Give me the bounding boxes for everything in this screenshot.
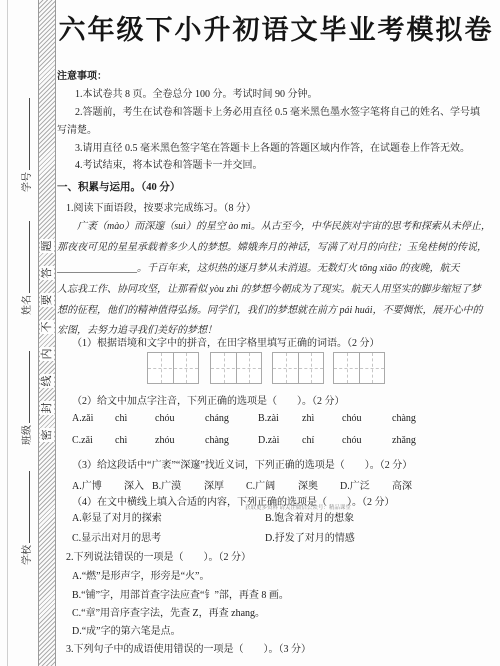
q2-stem: 2.下列说法错误的一项是（ ）。（2 分） bbox=[66, 551, 251, 564]
pinyin-option: chóu bbox=[342, 435, 361, 446]
passage-line: 想的征程，他们的精神值得弘扬。同学们，我们的梦想就在前方 pái huái，不要… bbox=[57, 304, 483, 317]
option: A.广博 bbox=[72, 477, 102, 492]
option: C.显示出对月的思考 bbox=[72, 532, 161, 545]
pinyin-option: chì bbox=[115, 435, 127, 446]
fill-in-line bbox=[19, 221, 30, 293]
watermark: 获取更多资料 请关注微信公众号：精品课堂 bbox=[245, 503, 351, 511]
seal-char: 不 bbox=[40, 320, 54, 334]
option: B.饱含着对月的想象 bbox=[265, 512, 354, 525]
notes-heading: 注意事项： bbox=[57, 70, 107, 83]
option: 深入 bbox=[124, 477, 144, 492]
pinyin-option: zhǎng bbox=[392, 435, 416, 446]
seal-char: 线 bbox=[40, 374, 54, 388]
field-label: 学号 bbox=[22, 172, 33, 192]
passage-line: 人忘我工作、协同攻坚，让那看似 yòu zhì 的梦想今朝成为了现实。航天人用坚… bbox=[57, 283, 481, 296]
field-name: 姓名 bbox=[19, 215, 33, 315]
fill-in-line bbox=[19, 98, 30, 170]
pinyin-option: B.zài bbox=[258, 413, 279, 424]
sub3-stem: （3）给这段话中“广袤”“深邃”找近义词，下列正确的选项是（ ）。（2 分） bbox=[72, 459, 412, 472]
pinyin-option: C.zǎi bbox=[72, 435, 93, 446]
note-line: 1.本试卷共 8 页。全卷总分 100 分。考试时间 90 分钟。 bbox=[75, 88, 318, 101]
left-edge-line bbox=[7, 0, 8, 666]
option: D.“成”字的第六笔是点。 bbox=[72, 625, 181, 638]
seal-line-text: 题 答 要 不 内 线 封 密 bbox=[39, 239, 55, 442]
option: A.“燃”是形声字，形旁是“火”。 bbox=[72, 570, 209, 583]
passage-line: 宏图，去努力追寻我们美好的梦想！ bbox=[57, 324, 217, 337]
seal-char: 内 bbox=[40, 347, 54, 361]
field-class: 班级 bbox=[19, 345, 33, 445]
seal-char: 密 bbox=[40, 428, 54, 442]
field-student-number: 学号 bbox=[19, 92, 33, 192]
option: A.彰显了对月的探索 bbox=[72, 512, 162, 525]
pinyin-option: A.zǎi bbox=[72, 413, 93, 424]
section-heading: 一、积累与运用。（40 分） bbox=[57, 181, 180, 194]
fill-in-line bbox=[19, 471, 30, 543]
pinyin-option: chí bbox=[302, 435, 314, 446]
seal-char: 题 bbox=[40, 239, 54, 253]
option: D.广泛 bbox=[340, 477, 370, 492]
pinyin-option: chóu bbox=[155, 413, 174, 424]
pinyin-option: zhì bbox=[302, 413, 314, 424]
page-title: 六年级下小升初语文毕业考模拟卷 bbox=[57, 8, 495, 47]
note-line: 4.考试结束，将本试卷和答题卡一并交回。 bbox=[75, 159, 263, 172]
seal-char: 要 bbox=[40, 293, 54, 307]
pinyin-option: cháng bbox=[205, 413, 229, 424]
sub1-stem: （1）根据语境和文字中的拼音，在田字格里填写正确的词语。（2 分） bbox=[72, 337, 380, 350]
tianzige-grid bbox=[333, 352, 385, 384]
tianzige-grid bbox=[210, 352, 262, 384]
note-line: 写清楚。 bbox=[57, 124, 97, 137]
option: 深奥 bbox=[298, 477, 318, 492]
note-line: 2.答题前，考生在试卷和答题卡上务必用直径 0.5 毫米黑色墨水签字笔将自己的姓… bbox=[75, 106, 480, 119]
pinyin-option: D.zài bbox=[258, 435, 279, 446]
sub2-stem: （2）给文中加点字注音，下列正确的选项是（ ）。（2 分） bbox=[72, 395, 345, 408]
field-label: 学校 bbox=[22, 545, 33, 565]
passage-line: 那夜夜可见的星星承载着多少人的梦想。嫦娥奔月的神话，写满了对月的向往；玉兔桂树的… bbox=[57, 241, 487, 254]
passage-line: 广袤（mào）而深邃（suì）的星空 ào mì。从古至今，中华民族对宇宙的思考… bbox=[77, 220, 491, 233]
field-label: 姓名 bbox=[22, 295, 33, 315]
option: D.抒发了对月的情感 bbox=[265, 532, 355, 545]
q1-stem: 1.阅读下面语段，按要求完成练习。（8 分） bbox=[66, 202, 256, 215]
passage-line: ________________。千百年来，这炽热的逐月梦从未消退。无数灯火 t… bbox=[57, 262, 460, 275]
fill-in-line bbox=[19, 351, 30, 423]
option: 高深 bbox=[392, 477, 412, 492]
q3-stem: 3.下列句子中的成语使用错误的一项是（ ）。（3 分） bbox=[66, 643, 311, 656]
pinyin-option: chóu bbox=[342, 413, 361, 424]
note-line: 3.请用直径 0.5 毫米黑色签字笔在答题卡上各题的答题区域内作答，在试题卷上作… bbox=[75, 142, 470, 155]
exam-page: 题 答 要 不 内 线 封 密 学号 姓名 班级 学校 六年级下小升初语文毕业考… bbox=[0, 0, 500, 666]
seal-char: 封 bbox=[40, 401, 54, 415]
option: C.“章”用音序查字法，先查 Z，再查 zhang。 bbox=[72, 607, 265, 620]
field-school: 学校 bbox=[19, 465, 33, 565]
option: B.“铺”字，用部首查字法应查“钅”部，再查 8 画。 bbox=[72, 589, 289, 602]
option: 深厚 bbox=[204, 477, 224, 492]
option: C.广阔 bbox=[246, 477, 275, 492]
tianzige-grid bbox=[147, 352, 199, 384]
field-label: 班级 bbox=[22, 425, 33, 445]
tianzige-grid bbox=[272, 352, 324, 384]
option: B.广漠 bbox=[152, 477, 181, 492]
pinyin-option: chàng bbox=[205, 435, 229, 446]
pinyin-option: chì bbox=[115, 413, 127, 424]
pinyin-option: chàng bbox=[392, 413, 416, 424]
seal-char: 答 bbox=[40, 266, 54, 280]
pinyin-option: zhóu bbox=[155, 435, 174, 446]
